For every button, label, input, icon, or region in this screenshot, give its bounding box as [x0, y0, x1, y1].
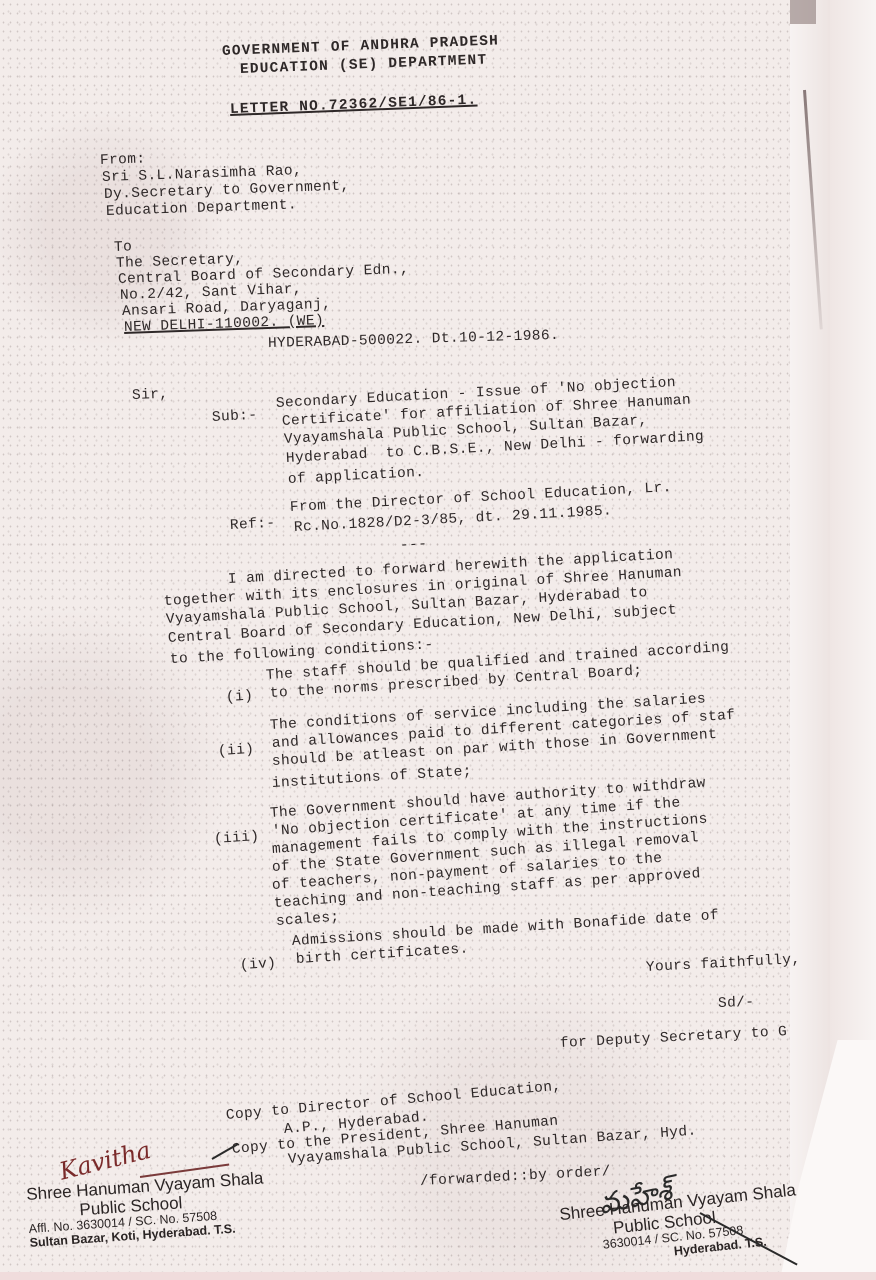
reference-label: Ref:- — [230, 516, 276, 534]
from-label: From: — [100, 151, 146, 169]
reference-separator: --- — [400, 537, 428, 554]
to-label: To — [114, 239, 133, 256]
subject-label: Sub:- — [212, 408, 258, 426]
salutation: Sir, — [132, 387, 169, 404]
condition-number: (i) — [226, 688, 254, 706]
scanned-letter-page: GOVERNMENT OF ANDHRA PRADESH EDUCATION (… — [0, 0, 876, 1280]
bottom-border — [0, 1272, 876, 1280]
condition-number: (ii) — [218, 742, 255, 760]
page-edge-shadow — [790, 0, 816, 24]
condition-number: (iv) — [240, 956, 277, 974]
condition-number: (iii) — [213, 829, 260, 848]
signature-mark: Sd/- — [718, 995, 755, 1012]
